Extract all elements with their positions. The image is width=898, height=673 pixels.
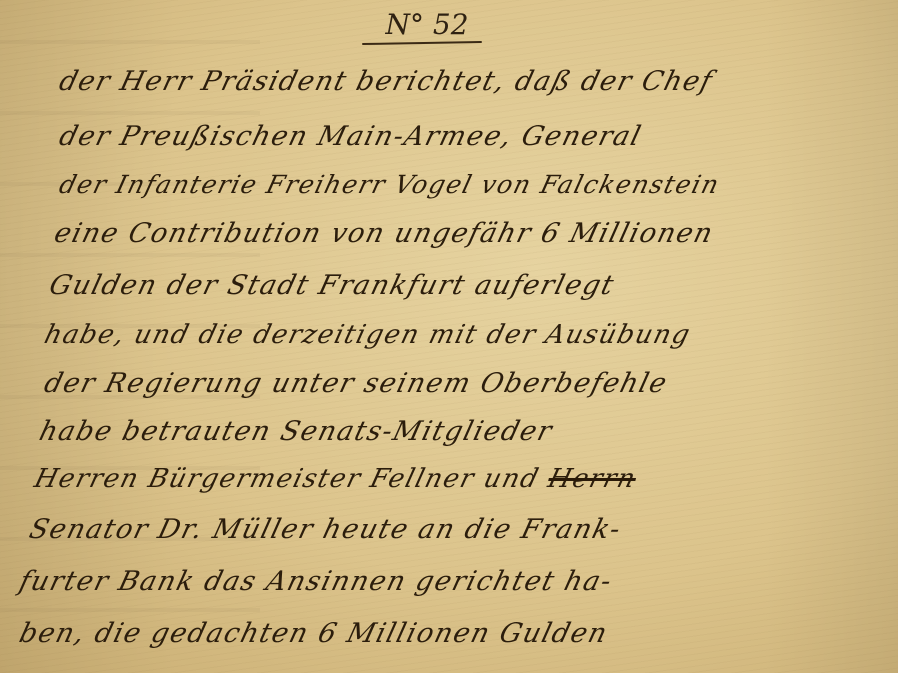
text-line-9-main: Herren Bürgermeister Fellner und	[31, 464, 542, 494]
manuscript-page: N° 52 der Herr Präsident berichtet, daß …	[0, 0, 898, 673]
text-line-1: der Herr Präsident berichtet, daß der Ch…	[56, 66, 716, 97]
text-line-4: eine Contribution von ungefähr 6 Million…	[51, 218, 717, 249]
text-line-7: der Regierung unter seinem Oberbefehle	[41, 368, 671, 399]
text-line-12: ben, die gedachten 6 Millionen Gulden	[16, 618, 611, 649]
struck-out-word: Herrn	[545, 464, 640, 494]
text-line-8: habe betrauten Senats-Mitglieder	[36, 416, 556, 447]
text-line-2: der Preußischen Main-Armee, General	[56, 121, 645, 152]
text-line-10: Senator Dr. Müller heute an die Frank-	[26, 514, 625, 545]
text-line-6: habe, und die derzeitigen mit der Ausübu…	[41, 320, 694, 350]
text-line-3: der Infanterie Freiherr Vogel von Falcke…	[56, 170, 723, 199]
page-number-underline	[362, 41, 482, 45]
text-line-11: furter Bank das Ansinnen gerichtet ha-	[16, 566, 616, 597]
text-line-9: Herren Bürgermeister Fellner und Herrn	[31, 464, 639, 494]
text-line-5: Gulden der Stadt Frankfurt auferlegt	[46, 270, 618, 301]
page-number: N° 52	[372, 8, 482, 41]
